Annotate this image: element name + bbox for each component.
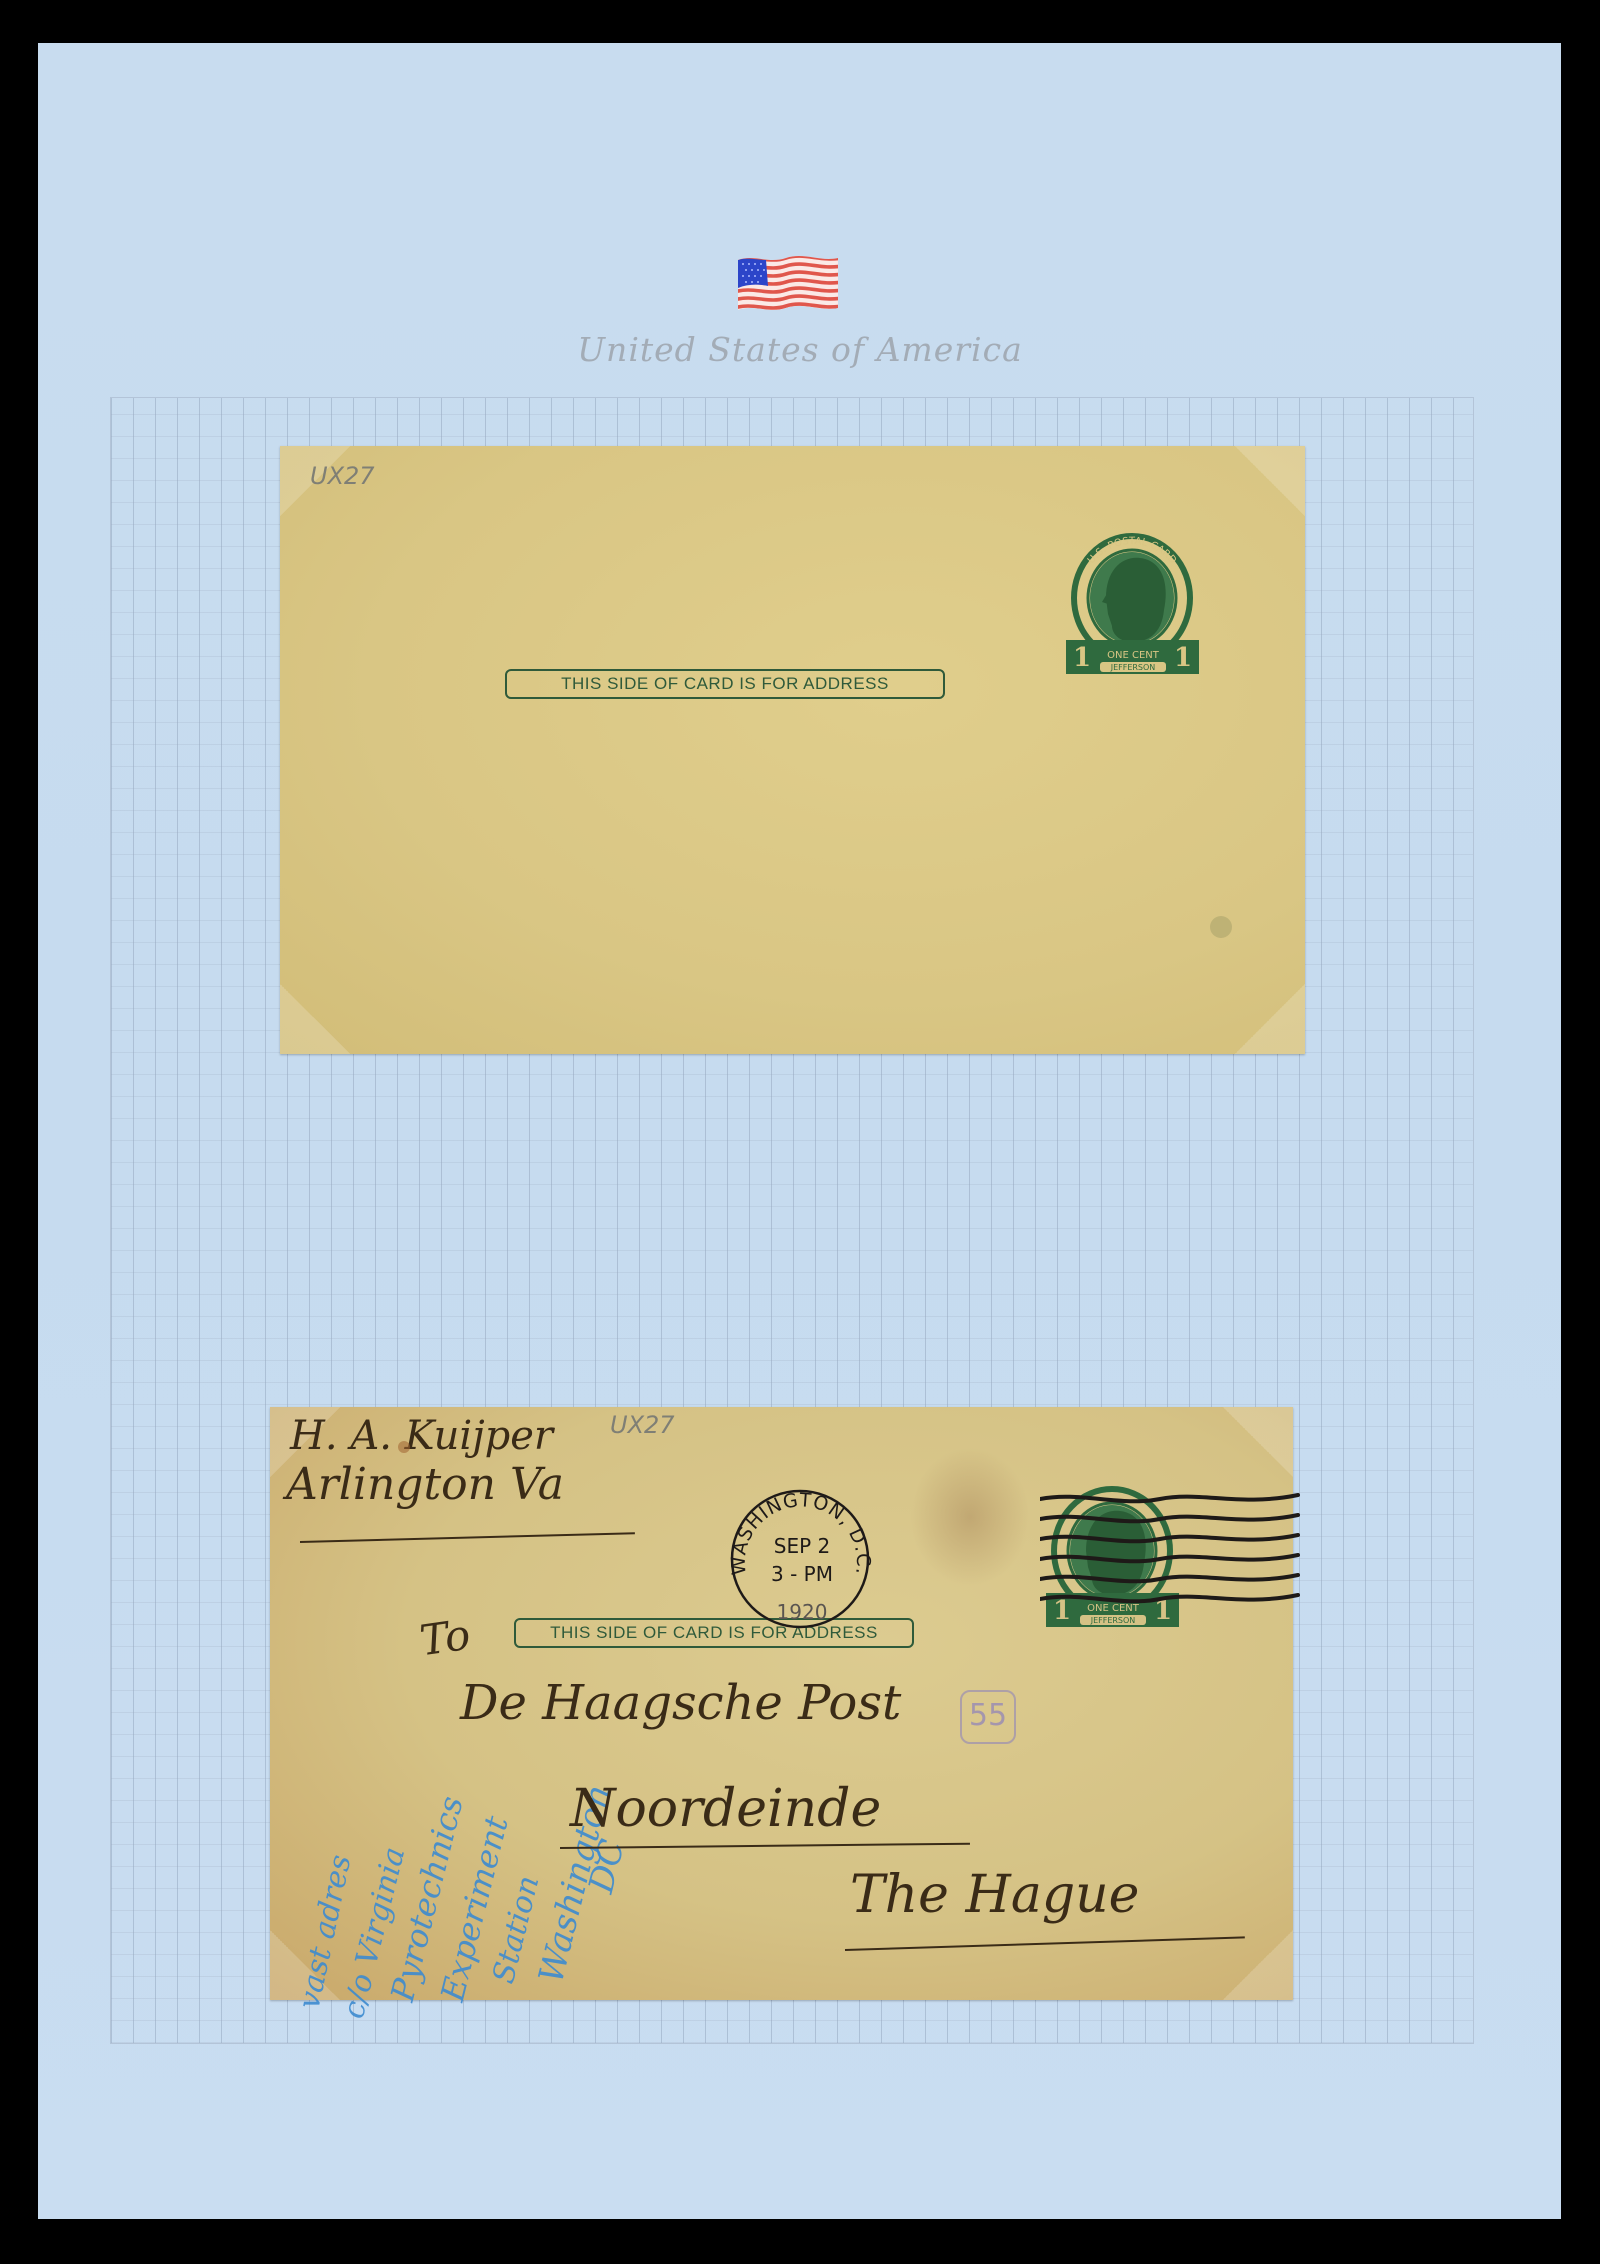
address-instruction: THIS SIDE OF CARD IS FOR ADDRESS <box>505 669 945 699</box>
svg-text:1: 1 <box>1073 643 1091 673</box>
sender-underline <box>300 1532 635 1543</box>
stamp-portrait-label: JEFFERSON <box>1110 663 1156 672</box>
svg-text:1: 1 <box>1174 643 1192 673</box>
city-underline <box>845 1936 1245 1951</box>
sender-name: H. A. Kuijper <box>290 1413 553 1459</box>
recipient-prefix: To <box>417 1610 473 1665</box>
postal-card-unused: UX27 THIS SIDE OF CARD IS FOR ADDRESS JE… <box>280 446 1305 1054</box>
svg-text:1920: 1920 <box>777 1600 828 1624</box>
foxing-spot <box>1210 916 1232 938</box>
photo-corner <box>1223 1407 1293 1477</box>
photo-corner <box>1235 984 1305 1054</box>
catalog-note: UX27 <box>610 1411 675 1439</box>
jefferson-stamp-icon: JEFFERSON 1 1 ONE CENT U.S. POSTAL CARD <box>1060 530 1205 680</box>
stain <box>910 1447 1030 1587</box>
violet-handstamp: 55 <box>960 1690 1016 1744</box>
us-flag-icon <box>734 254 842 320</box>
recipient-name: De Haagsche Post <box>460 1675 901 1731</box>
photo-corner <box>1223 1930 1293 2000</box>
ink-spot <box>398 1441 410 1453</box>
recipient-city: The Hague <box>850 1865 1139 1925</box>
postal-card-used: UX27 H. A. Kuijper Arlington Va THIS SID… <box>270 1407 1293 2000</box>
catalog-note: UX27 <box>310 462 375 490</box>
svg-text:ONE CENT: ONE CENT <box>1107 650 1160 661</box>
machine-cancel-lines <box>1040 1477 1300 1627</box>
photo-corner <box>280 984 350 1054</box>
photo-corner <box>1235 446 1305 516</box>
page-title: United States of America <box>0 330 1600 369</box>
washington-postmark: WASHINGTON, D.C. SEP 2 3 - PM 1920 <box>722 1481 882 1641</box>
svg-text:3 - PM: 3 - PM <box>771 1562 833 1586</box>
svg-text:SEP 2: SEP 2 <box>774 1534 830 1558</box>
recipient-street: Noordeinde <box>570 1779 881 1839</box>
sender-place: Arlington Va <box>286 1459 564 1510</box>
